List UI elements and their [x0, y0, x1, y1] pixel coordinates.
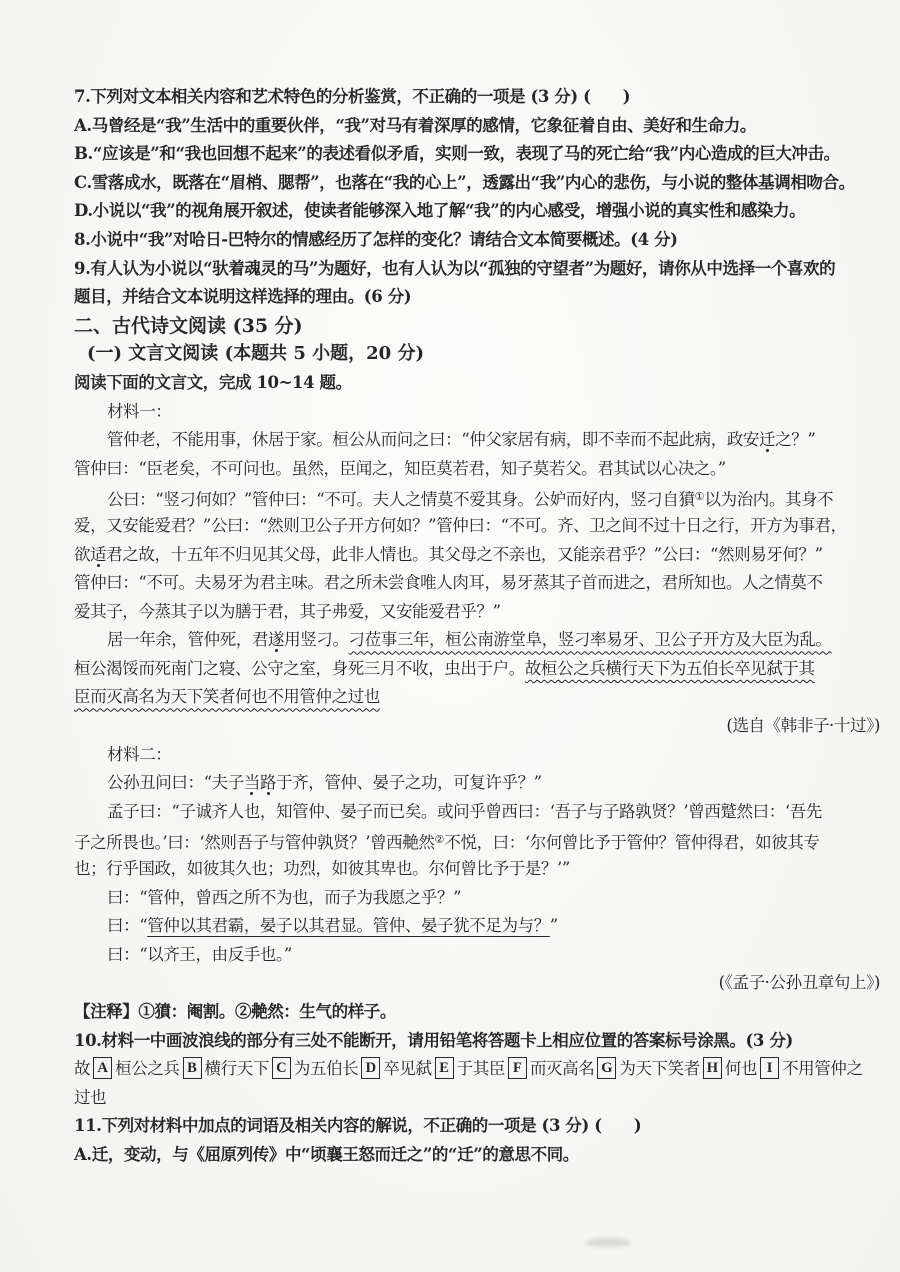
material1-line-4: 爱，又安能爱君？”公曰：“然则卫公子开方何如？”管仲曰：“不可。齐、卫之间不过十… — [74, 512, 880, 541]
material2-line-1: 公孙丑问曰：“夫子当路于齐，管仲、晏子之功，可复许乎？” — [74, 769, 880, 798]
scan-artifact — [585, 1238, 631, 1247]
material2-source: (《孟子·公孙丑章句上》) — [74, 969, 880, 998]
q8-stem: 8.小说中“我”对哈日-巴特尔的情感经历了怎样的变化？请结合文本简要概述。(4 … — [74, 226, 880, 255]
q7-stem: 7.下列对文本相关内容和艺术特色的分析鉴赏，不正确的一项是 (3 分) ( ) — [74, 83, 880, 112]
dotted-word-qian: 迁 — [759, 430, 775, 449]
q7-option-a: A.马曾经是“我”生活中的重要伙伴，“我”对马有着深厚的感情，它象征着自由、美好… — [74, 112, 880, 141]
break-label-B: B — [183, 1057, 202, 1079]
q11-option-a: A.迁，变动，与《屈原列传》中“顷襄王怒而迁之”的“迁”的意思不同。 — [74, 1141, 880, 1170]
q11-stem: 11.下列对材料中加点的词语及相关内容的解说，不正确的一项是 (3 分) ( ) — [74, 1112, 880, 1141]
wavy-underlined-text: 臣而灭高名为天下笑者何也不用管仲之过也 — [74, 687, 380, 706]
break-label-D: D — [361, 1057, 380, 1079]
material1-line-10: 臣而灭高名为天下笑者何也不用管仲之过也 — [74, 683, 880, 712]
material1-label: 材料一： — [74, 398, 880, 427]
break-label-E: E — [435, 1057, 454, 1079]
q7-option-d: D.小说以“我”的视角展开叙述，使读者能够深入地了解“我”的内心感受，增强小说的… — [74, 197, 880, 226]
scanned-exam-page: 7.下列对文本相关内容和艺术特色的分析鉴赏，不正确的一项是 (3 分) ( ) … — [0, 0, 900, 1272]
break-label-A: A — [93, 1057, 112, 1079]
q9-stem-line1: 9.有人认为小说以“驮着魂灵的马”为题好，也有人认为以“孤独的守望者”为题好，请… — [74, 255, 880, 284]
material1-line-5: 欲适君之故，十五年不归见其父母，此非人情也。其父母之不亲也，又能亲君乎？”公曰：… — [74, 541, 880, 570]
material2-line-5: 曰：“管仲，曾西之所不为也，而子为我愿之乎？” — [74, 884, 880, 913]
material1-line-3: 公曰：“竖刁何如？”管仲曰：“不可。夫人之情莫不爱其身。公妒而好内，竖刁自獖①以… — [74, 483, 880, 512]
note-ref-1: ① — [695, 490, 705, 503]
q10-break-tail: 过也 — [74, 1084, 880, 1113]
footnotes: 【注释】①獖：阉割。②艴然：生气的样子。 — [74, 998, 880, 1027]
note-ref-2: ② — [435, 833, 445, 846]
q7-option-b: B.“应该是”和“我也回想不起来”的表述看似矛盾，实则一致，表现了马的死亡给“我… — [74, 140, 880, 169]
material2-line-4: 也；行乎国政，如彼其久也；功烈，如彼其卑也。尔何曾比予于是？’” — [74, 855, 880, 884]
dotted-word-shi: 适 — [90, 545, 106, 564]
material1-line-7: 爱其子，今蒸其子以为膳于君，其子弗爱，又安能爱君乎？” — [74, 598, 880, 627]
subsection-heading: (一) 文言文阅读 (本题共 5 小题，20 分) — [74, 340, 880, 369]
q10-stem: 10.材料一中画波浪线的部分有三处不能断开，请用铅笔将答题卡上相应位置的答案标号… — [74, 1027, 880, 1056]
material1-source: (选自《韩非子·十过》) — [74, 712, 880, 741]
material2-line-2: 孟子曰：“子诚齐人也，知管仲、晏子而已矣。或问乎曾西曰：‘吾子与子路孰贤？’曾西… — [74, 798, 880, 827]
break-label-C: C — [272, 1057, 291, 1079]
wavy-underlined-text: 刁莅事三年，桓公南游堂阜，竖刁率易牙、卫公子开方及大臣为乱。 — [349, 630, 832, 649]
q7-option-c: C.雪落成水，既落在“眉梢、腮帮”，也落在“我的心上”，透露出“我”内心的悲伤，… — [74, 169, 880, 198]
material2-label: 材料二： — [74, 741, 880, 770]
material1-line-6: 管仲曰：“不可。夫易牙为君主味。君之所未尝食唯人肉耳，易牙蒸其子首而进之，君所知… — [74, 569, 880, 598]
dotted-word-dang: 当 — [244, 773, 260, 792]
section-heading: 二、古代诗文阅读 (35 分) — [74, 312, 880, 341]
material2-line-7: 曰：“以齐王，由反手也。” — [74, 941, 880, 970]
dotted-word-sui: 遂 — [268, 630, 284, 649]
passage-intro: 阅读下面的文言文，完成 10~14 题。 — [74, 369, 880, 398]
q9-stem-line2: 题目，并结合文本说明这样选择的理由。(6 分) — [74, 283, 880, 312]
material2-line-6: 曰：“管仲以其君霸，晏子以其君显。管仲、晏子犹不足为与？” — [74, 912, 880, 941]
wavy-underlined-text: 故桓公之兵横行天下为五伯长卒见弑于其 — [525, 659, 815, 678]
material1-line-1: 管仲老，不能用事，休居于家。桓公从而问之曰：“仲父家居有病，即不幸而不起此病，政… — [74, 426, 880, 455]
break-label-F: F — [508, 1057, 527, 1079]
material2-line-3: 子之所畏也。’曰：‘然则吾子与管仲孰贤？’曾西艴然②不悦，曰：‘尔何曾比予于管仲… — [74, 826, 880, 855]
dotted-word-lu: 路 — [260, 773, 276, 792]
material1-line-9: 桓公渴馁而死南门之寝、公守之室，身死三月不收，虫出于户。故桓公之兵横行天下为五伯… — [74, 655, 880, 684]
material1-line-2: 管仲曰：“臣老矣，不可问也。虽然，臣闻之，知臣莫若君，知子莫若父。君其试以心决之… — [74, 455, 880, 484]
straight-underlined-text: 管仲以其君霸，晏子以其君显。管仲、晏子犹不足为与？ — [147, 916, 550, 935]
q10-break-line: 故A桓公之兵B横行天下C为五伯长D卒见弑E于其臣F而灭高名G为天下笑者H何也I不… — [74, 1055, 880, 1084]
break-label-G: G — [597, 1057, 616, 1079]
break-label-I: I — [760, 1057, 779, 1079]
break-label-H: H — [703, 1057, 722, 1079]
page-content: 7.下列对文本相关内容和艺术特色的分析鉴赏，不正确的一项是 (3 分) ( ) … — [74, 83, 880, 1170]
material1-line-8: 居一年余，管仲死，君遂用竖刁。刁莅事三年，桓公南游堂阜，竖刁率易牙、卫公子开方及… — [74, 626, 880, 655]
